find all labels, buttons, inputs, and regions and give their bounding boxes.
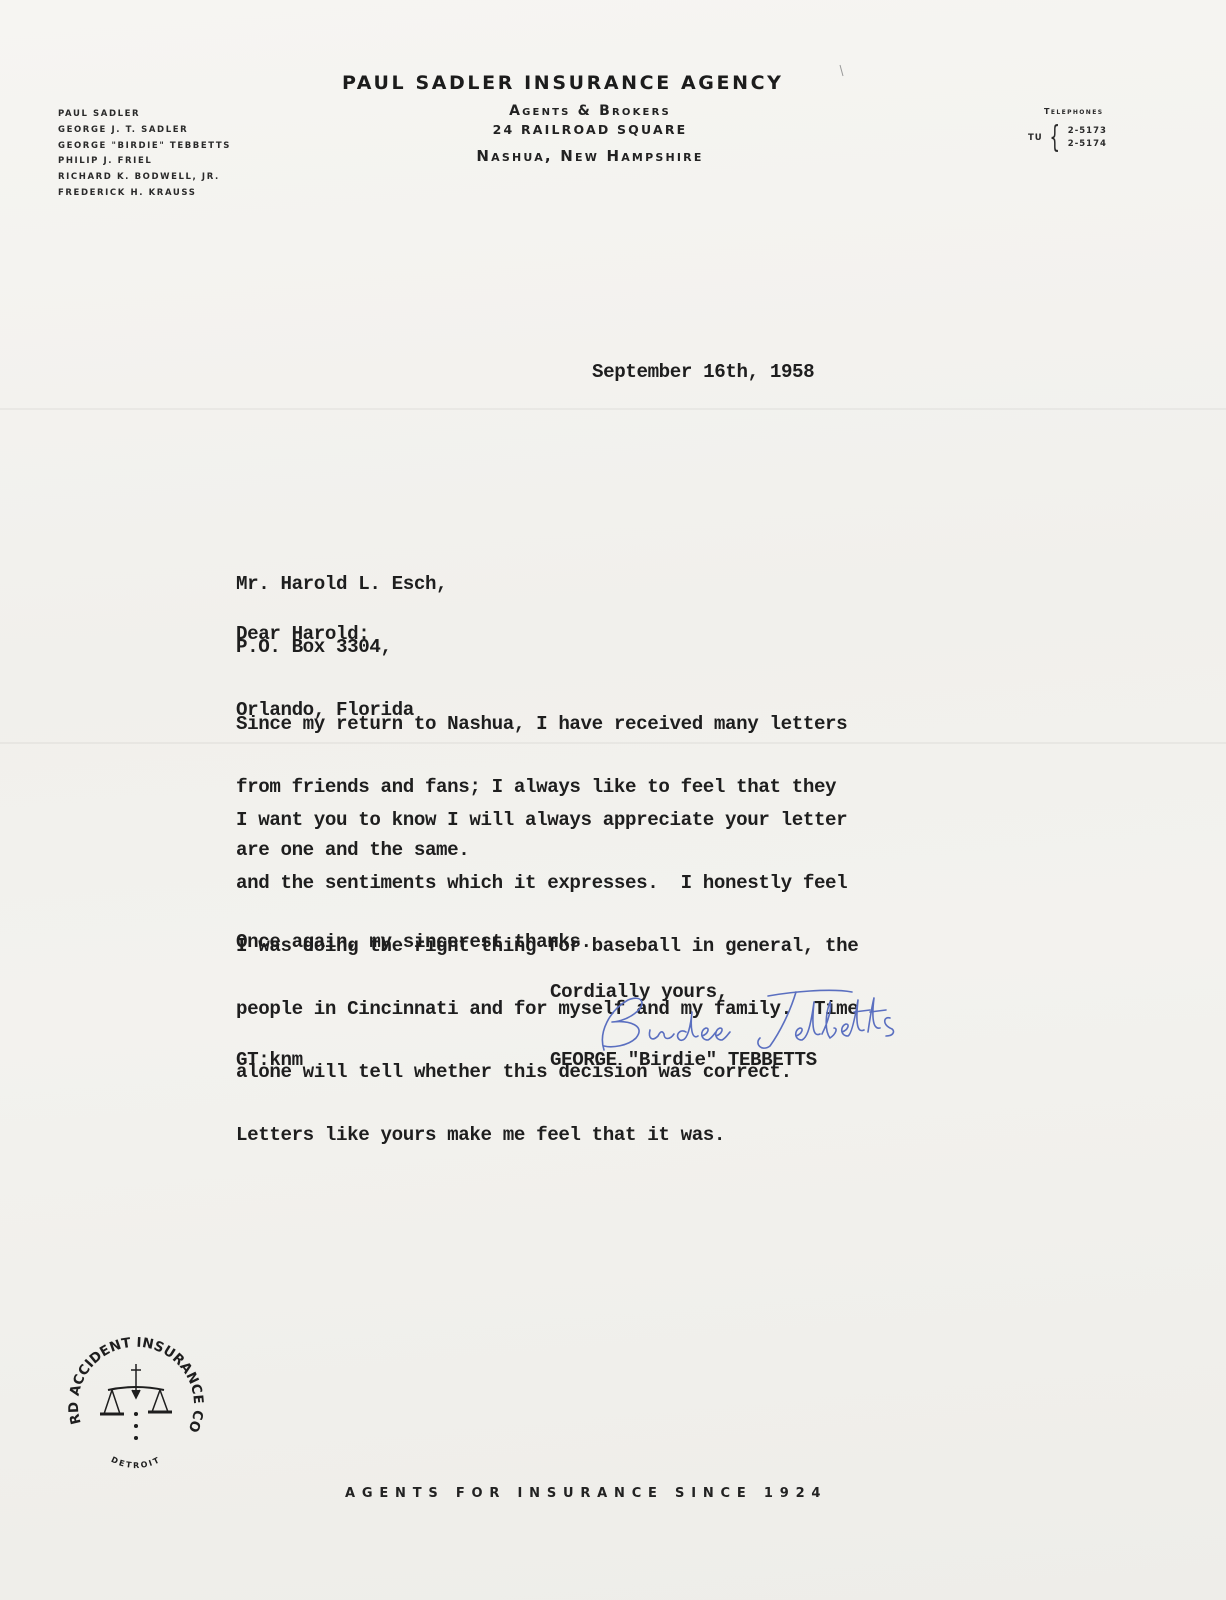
reference-initials: GT:knm [236,1050,303,1071]
text-line: and the sentiments which it expresses. I… [236,873,858,894]
partners-list: PAUL SADLER GEORGE J. T. SADLER GEORGE "… [58,107,231,202]
partner-name: FREDERICK H. KRAUSS [58,186,231,202]
footer-slogan: AGENTS FOR INSURANCE SINCE 1924 [345,1486,865,1501]
closing-line: Once again, my sincerest thanks. [236,932,592,953]
salutation: Dear Harold: [236,624,369,645]
pen-mark [838,64,846,78]
seal-text-top: STANDARD ACCIDENT INSURANCE COMPANY [62,1318,206,1435]
seal-text-bottom: DETROIT [110,1455,163,1470]
exchange-code: TU [1028,133,1043,143]
partner-name: PHILIP J. FRIEL [58,154,231,170]
letter-page: PAUL SADLER GEORGE J. T. SADLER GEORGE "… [0,0,1226,1600]
text-line: Letters like yours make me feel that it … [236,1125,858,1146]
telephone-block: TU { 2-5173 2-5174 [1028,122,1107,154]
paragraph-2: I want you to know I will always appreci… [236,768,858,1188]
partner-name: PAUL SADLER [58,107,231,123]
text-line: Since my return to Nashua, I have receiv… [236,714,847,735]
letter-date: September 16th, 1958 [592,362,814,383]
standard-accident-seal: STANDARD ACCIDENT INSURANCE COMPANY DETR… [62,1318,210,1478]
brace-icon: { [1049,123,1060,153]
phone-number: 2-5173 [1068,125,1107,138]
svg-text:DETROIT: DETROIT [110,1455,163,1470]
text-line: I want you to know I will always appreci… [236,810,858,831]
svg-text:STANDARD ACCIDENT INSURANCE CO: STANDARD ACCIDENT INSURANCE COMPANY [62,1318,206,1435]
agency-name: PAUL SADLER INSURANCE AGENCY [342,72,854,94]
phone-number: 2-5174 [1068,138,1107,151]
partner-name: GEORGE "BIRDIE" TEBBETTS [58,139,231,155]
telephones-label: Telephones [1044,107,1103,116]
handwritten-signature [590,982,920,1057]
partner-name: RICHARD K. BODWELL, JR. [58,170,231,186]
agency-street: 24 RAILROAD SQUARE [440,122,740,137]
signer-name: GEORGE "Birdie" TEBBETTS [550,1050,817,1071]
address-line: Mr. Harold L. Esch, [236,574,447,595]
paper-fold [0,408,1226,410]
agency-city: Nashua, New Hampshire [430,147,750,165]
scales-of-justice-icon [100,1364,172,1439]
partner-name: GEORGE J. T. SADLER [58,123,231,139]
agency-tagline: Agents & Brokers [440,103,740,119]
